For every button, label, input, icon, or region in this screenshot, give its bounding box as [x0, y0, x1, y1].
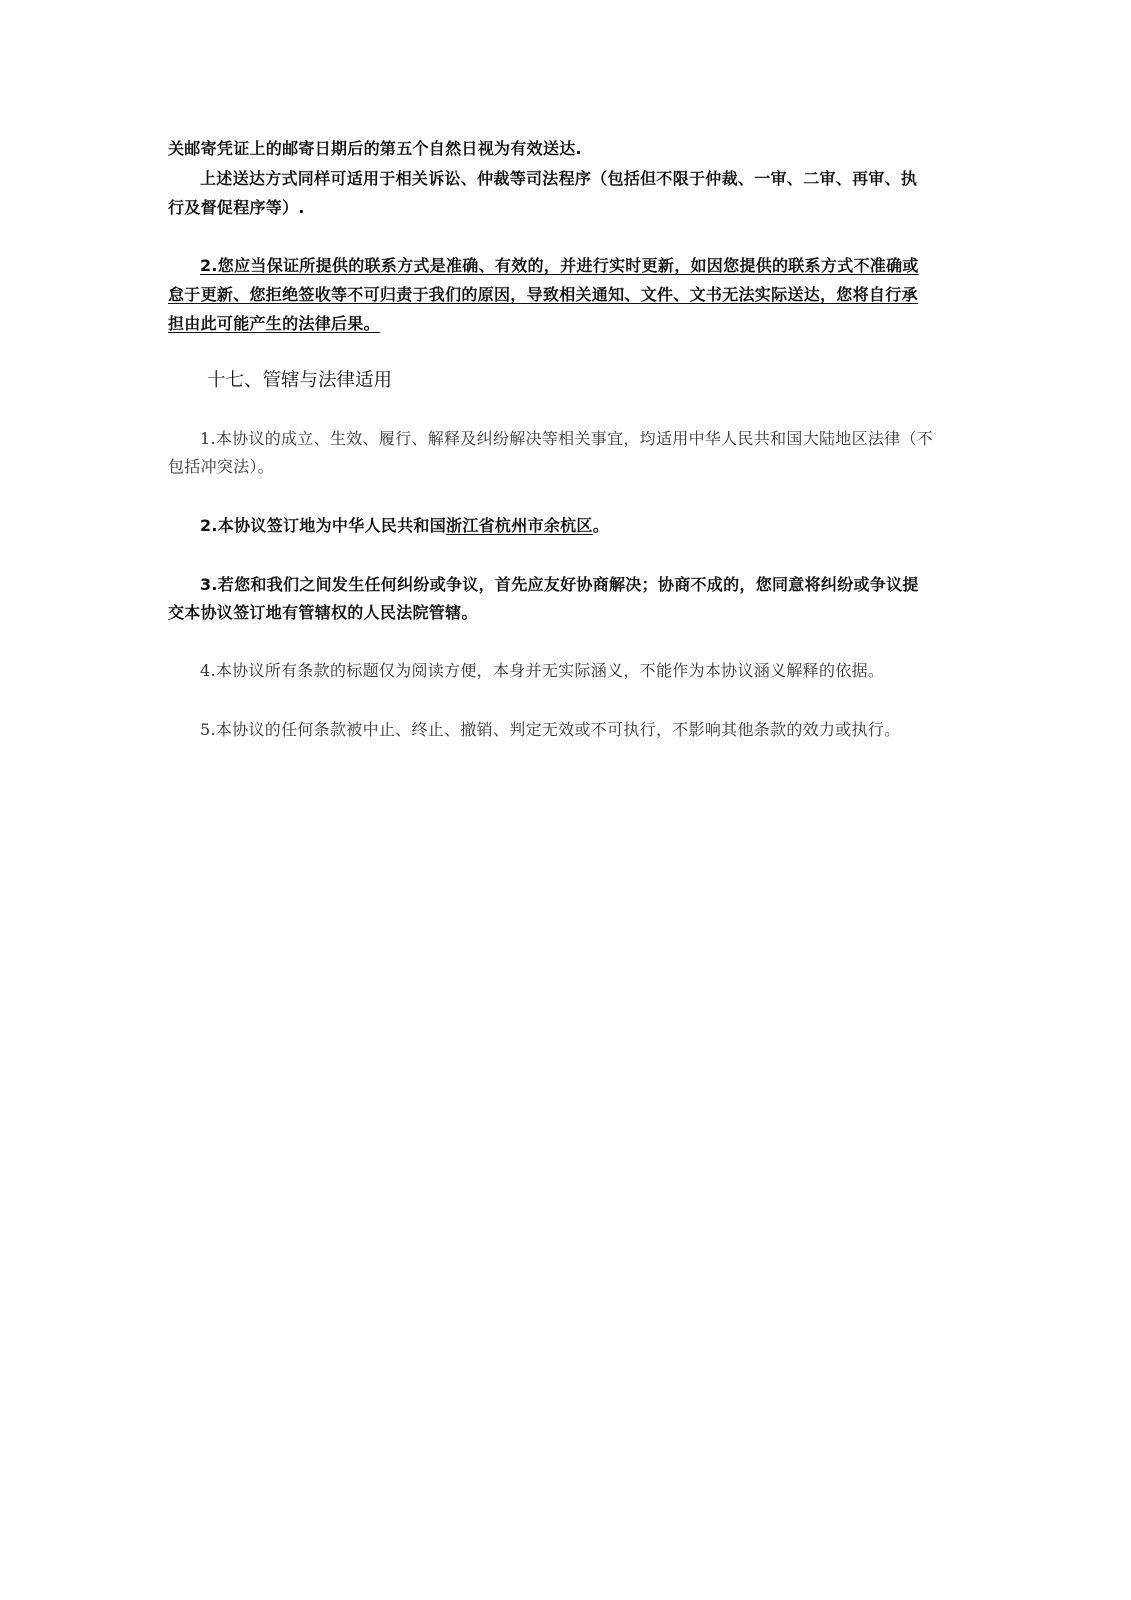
clause-1-line1: 1.本协议的成立、生效、履行、解释及纠纷解决等相关事宜，均适用中华人民共和国大陆…: [200, 429, 948, 449]
contact-clause-line3: 担由此可能产生的法律后果。: [168, 314, 948, 334]
delivery-judicial-line2: 行及督促程序等）.: [168, 198, 948, 218]
contact-clause-line1: 2.您应当保证所提供的联系方式是准确、有效的，并进行实时更新，如因您提供的联系方…: [200, 256, 948, 276]
clause-1-line2: 包括冲突法）。: [168, 457, 948, 477]
clause-3-line1: 3.若您和我们之间发生任何纠纷或争议，首先应友好协商解决；协商不成的，您同意将纠…: [200, 575, 948, 595]
clause-2-suffix: 。: [593, 516, 609, 535]
clause-2-prefix: 2.本协议签订地为中华人民共和国: [200, 516, 446, 535]
contact-clause-line2: 怠于更新、您拒绝签收等不可归责于我们的原因，导致相关通知、文件、文书无法实际送达…: [168, 285, 948, 305]
clause-5: 5.本协议的任何条款被中止、终止、撤销、判定无效或不可执行，不影响其他条款的效力…: [200, 720, 980, 740]
clause-2: 2.本协议签订地为中华人民共和国浙江省杭州市余杭区。: [200, 516, 980, 536]
section-heading: 十七、管辖与法律适用: [207, 369, 392, 393]
delivery-clause-tail: 关邮寄凭证上的邮寄日期后的第五个自然日视为有效送达.: [168, 139, 948, 159]
clause-4: 4.本协议所有条款的标题仅为阅读方便，本身并无实际涵义，不能作为本协议涵义解释的…: [200, 661, 980, 681]
signing-place: 浙江省杭州市余杭区: [446, 516, 593, 535]
document-page: 关邮寄凭证上的邮寄日期后的第五个自然日视为有效送达. 上述送达方式同样可适用于相…: [0, 0, 1131, 1600]
clause-3-line2: 交本协议签订地有管辖权的人民法院管辖。: [168, 603, 948, 623]
delivery-judicial-line1: 上述送达方式同样可适用于相关诉讼、仲裁等司法程序（包括但不限于仲裁、一审、二审、…: [200, 169, 948, 189]
